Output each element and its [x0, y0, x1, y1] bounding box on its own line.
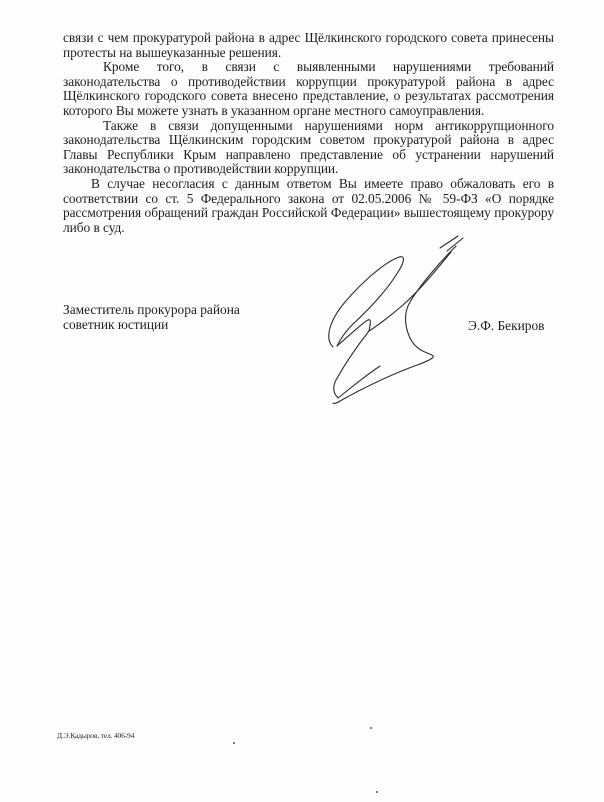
- letter-body: связи с чем прокуратурой района в адрес …: [63, 31, 554, 235]
- document-page: связи с чем прокуратурой района в адрес …: [0, 0, 604, 802]
- signature-icon: [300, 230, 470, 415]
- paragraph-protests: связи с чем прокуратурой района в адрес …: [63, 31, 554, 60]
- scan-speck: [233, 742, 235, 744]
- scan-speck: [370, 727, 372, 729]
- signer-rank: советник юстиции: [63, 317, 240, 332]
- signer-position-title: Заместитель прокурора района: [63, 302, 240, 317]
- signer-name: Э.Ф. Бекиров: [468, 318, 544, 333]
- paragraph-appeal-rights: В случае несогласия с данным ответом Вы …: [63, 177, 554, 235]
- paragraph-representation-council: Кроме того, в связи с выявленными наруше…: [63, 60, 554, 118]
- executor-note: Д.Э.Кадыров, тел. 406-94: [57, 731, 134, 740]
- signer-position: Заместитель прокурора района советник юс…: [63, 302, 240, 332]
- scan-speck: [376, 791, 378, 793]
- paragraph-representation-head: Также в связи допущенными нарушениями но…: [63, 119, 554, 177]
